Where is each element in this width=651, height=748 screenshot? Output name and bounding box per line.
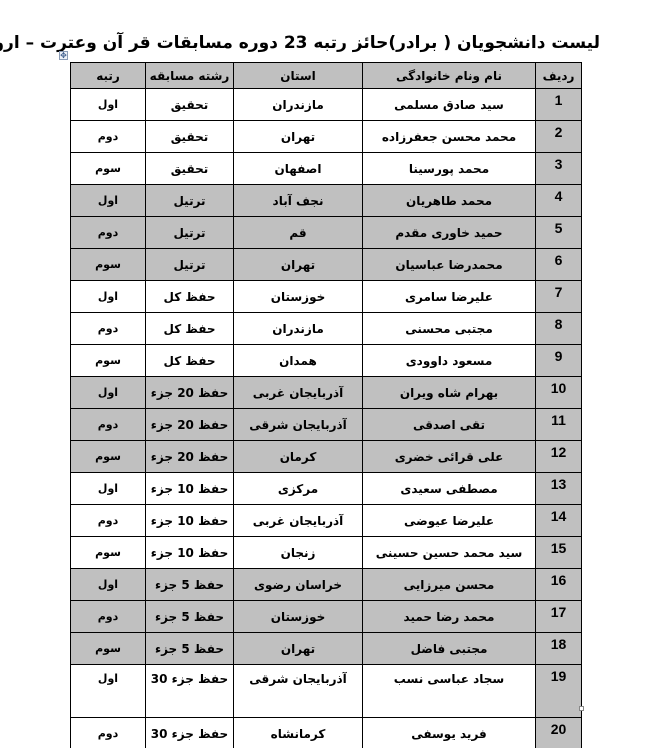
cell-full-name: مجتبی محسنی bbox=[363, 313, 536, 345]
cell-province: خراسان رضوی bbox=[234, 569, 363, 601]
cell-competition-field: حفظ 5 جزء bbox=[146, 633, 234, 665]
cell-row-number: 3 bbox=[536, 153, 582, 185]
table-row: 6محمدرضا عباسیانتهرانترتیلسوم bbox=[71, 249, 582, 281]
cell-province: تهران bbox=[234, 633, 363, 665]
header-rank: رتبه bbox=[71, 63, 146, 89]
cell-row-number: 1 bbox=[536, 89, 582, 121]
cell-province: آذربایجان شرقی bbox=[234, 665, 363, 718]
cell-competition-field: ترتیل bbox=[146, 217, 234, 249]
cell-competition-field: حفظ 5 جزء bbox=[146, 569, 234, 601]
cell-row-number: 16 bbox=[536, 569, 582, 601]
cell-full-name: محسن میرزایی bbox=[363, 569, 536, 601]
cell-rank: دوم bbox=[71, 121, 146, 153]
cell-full-name: محمد رضا حمید bbox=[363, 601, 536, 633]
table-row: 4محمد طاهریاننجف آبادترتیلاول bbox=[71, 185, 582, 217]
cell-full-name: محمدرضا عباسیان bbox=[363, 249, 536, 281]
table-row: 20فرید یوسفیکرمانشاهحفظ جزء 30دوم bbox=[71, 718, 582, 748]
cell-row-number: 11 bbox=[536, 409, 582, 441]
cell-competition-field: حفظ کل bbox=[146, 345, 234, 377]
cell-competition-field: حفظ جزء 30 bbox=[146, 718, 234, 748]
table-row: 8مجتبی محسنیمازندرانحفظ کلدوم bbox=[71, 313, 582, 345]
cell-competition-field: حفظ 10 جزء bbox=[146, 505, 234, 537]
cell-province: آذربایجان غربی bbox=[234, 377, 363, 409]
table-row: 18مجتبی فاضلتهرانحفظ 5 جزءسوم bbox=[71, 633, 582, 665]
cell-full-name: علی قرائی خضری bbox=[363, 441, 536, 473]
cell-rank: اول bbox=[71, 281, 146, 313]
cell-province: اصفهان bbox=[234, 153, 363, 185]
cell-row-number: 20 bbox=[536, 718, 582, 748]
cell-row-number: 4 bbox=[536, 185, 582, 217]
cell-rank: دوم bbox=[71, 505, 146, 537]
cell-competition-field: حفظ 10 جزء bbox=[146, 473, 234, 505]
table-row: 2محمد محسن جعفرزادهتهرانتحقیقدوم bbox=[71, 121, 582, 153]
cell-rank: اول bbox=[71, 89, 146, 121]
cell-row-number: 9 bbox=[536, 345, 582, 377]
cell-province: مرکزی bbox=[234, 473, 363, 505]
cell-rank: سوم bbox=[71, 537, 146, 569]
cell-province: تهران bbox=[234, 121, 363, 153]
cell-rank: دوم bbox=[71, 601, 146, 633]
table-resize-handle[interactable] bbox=[579, 706, 584, 711]
cell-rank: اول bbox=[71, 185, 146, 217]
cell-row-number: 12 bbox=[536, 441, 582, 473]
cell-full-name: سجاد عباسی نسب bbox=[363, 665, 536, 718]
cell-full-name: تقی اصدقی bbox=[363, 409, 536, 441]
cell-rank: دوم bbox=[71, 718, 146, 748]
cell-full-name: مجتبی فاضل bbox=[363, 633, 536, 665]
header-competition-field: رشته مسابقه bbox=[146, 63, 234, 89]
table-row: 17محمد رضا حمیدخوزستانحفظ 5 جزءدوم bbox=[71, 601, 582, 633]
cell-competition-field: حفظ 20 جزء bbox=[146, 409, 234, 441]
table-row: 5حمید خاوری مقدمقمترتیلدوم bbox=[71, 217, 582, 249]
cell-rank: اول bbox=[71, 569, 146, 601]
table-header-row: ردیف نام ونام خانوادگی استان رشته مسابقه… bbox=[71, 63, 582, 89]
cell-row-number: 19 bbox=[536, 665, 582, 718]
header-province: استان bbox=[234, 63, 363, 89]
cell-province: همدان bbox=[234, 345, 363, 377]
header-full-name: نام ونام خانوادگی bbox=[363, 63, 536, 89]
cell-competition-field: حفظ کل bbox=[146, 313, 234, 345]
cell-full-name: سید صادق مسلمی bbox=[363, 89, 536, 121]
winners-table: ردیف نام ونام خانوادگی استان رشته مسابقه… bbox=[70, 62, 582, 748]
cell-rank: سوم bbox=[71, 345, 146, 377]
cell-rank: اول bbox=[71, 665, 146, 718]
cell-row-number: 18 bbox=[536, 633, 582, 665]
cell-row-number: 13 bbox=[536, 473, 582, 505]
document-title: لیست دانشجویان ( برادر)حائز رتبه 23 دوره… bbox=[40, 28, 600, 58]
cell-rank: اول bbox=[71, 377, 146, 409]
cell-province: زنجان bbox=[234, 537, 363, 569]
cell-full-name: علیرضا عیوضی bbox=[363, 505, 536, 537]
cell-row-number: 14 bbox=[536, 505, 582, 537]
cell-rank: سوم bbox=[71, 153, 146, 185]
cell-full-name: حمید خاوری مقدم bbox=[363, 217, 536, 249]
cell-province: مازندران bbox=[234, 89, 363, 121]
cell-competition-field: تحقیق bbox=[146, 89, 234, 121]
header-row-number: ردیف bbox=[536, 63, 582, 89]
cell-competition-field: حفظ کل bbox=[146, 281, 234, 313]
cell-row-number: 15 bbox=[536, 537, 582, 569]
table-row: 12علی قرائی خضریکرمانحفظ 20 جزءسوم bbox=[71, 441, 582, 473]
cell-competition-field: حفظ 10 جزء bbox=[146, 537, 234, 569]
cell-row-number: 7 bbox=[536, 281, 582, 313]
cell-full-name: محمد محسن جعفرزاده bbox=[363, 121, 536, 153]
cell-full-name: مسعود داوودی bbox=[363, 345, 536, 377]
cell-province: کرمان bbox=[234, 441, 363, 473]
cell-province: تهران bbox=[234, 249, 363, 281]
cell-province: قم bbox=[234, 217, 363, 249]
cell-province: خوزستان bbox=[234, 601, 363, 633]
cell-rank: سوم bbox=[71, 441, 146, 473]
table-move-handle-icon[interactable]: ✥ bbox=[59, 51, 68, 60]
cell-full-name: فرید یوسفی bbox=[363, 718, 536, 748]
table-row: 14علیرضا عیوضیآذربایجان غربیحفظ 10 جزءدو… bbox=[71, 505, 582, 537]
cell-full-name: محمد پورسینا bbox=[363, 153, 536, 185]
table-row: 3محمد پورسینااصفهانتحقیقسوم bbox=[71, 153, 582, 185]
cell-rank: دوم bbox=[71, 313, 146, 345]
cell-full-name: سید محمد حسین حسینی bbox=[363, 537, 536, 569]
cell-full-name: مصطفی سعیدی bbox=[363, 473, 536, 505]
cell-province: خوزستان bbox=[234, 281, 363, 313]
table-row: 1سید صادق مسلمیمازندرانتحقیقاول bbox=[71, 89, 582, 121]
cell-competition-field: حفظ 5 جزء bbox=[146, 601, 234, 633]
cell-rank: سوم bbox=[71, 633, 146, 665]
cell-competition-field: ترتیل bbox=[146, 249, 234, 281]
cell-full-name: محمد طاهریان bbox=[363, 185, 536, 217]
table-row: 19سجاد عباسی نسبآذربایجان شرقیحفظ جزء 30… bbox=[71, 665, 582, 718]
cell-row-number: 5 bbox=[536, 217, 582, 249]
table-row: 15سید محمد حسین حسینیزنجانحفظ 10 جزءسوم bbox=[71, 537, 582, 569]
cell-rank: دوم bbox=[71, 409, 146, 441]
cell-province: نجف آباد bbox=[234, 185, 363, 217]
cell-province: آذربایجان غربی bbox=[234, 505, 363, 537]
cell-full-name: علیرضا سامری bbox=[363, 281, 536, 313]
cell-row-number: 2 bbox=[536, 121, 582, 153]
table-row: 13مصطفی سعیدیمرکزیحفظ 10 جزءاول bbox=[71, 473, 582, 505]
cell-province: آذربایجان شرقی bbox=[234, 409, 363, 441]
table-row: 9مسعود داوودیهمدانحفظ کلسوم bbox=[71, 345, 582, 377]
cell-province: کرمانشاه bbox=[234, 718, 363, 748]
cell-row-number: 6 bbox=[536, 249, 582, 281]
cell-competition-field: تحقیق bbox=[146, 121, 234, 153]
cell-row-number: 17 bbox=[536, 601, 582, 633]
table-row: 11تقی اصدقیآذربایجان شرقیحفظ 20 جزءدوم bbox=[71, 409, 582, 441]
cell-province: مازندران bbox=[234, 313, 363, 345]
table-row: 16محسن میرزاییخراسان رضویحفظ 5 جزءاول bbox=[71, 569, 582, 601]
cell-rank: دوم bbox=[71, 217, 146, 249]
cell-competition-field: حفظ 20 جزء bbox=[146, 377, 234, 409]
cell-competition-field: حفظ جزء 30 bbox=[146, 665, 234, 718]
table-row: 7علیرضا سامریخوزستانحفظ کلاول bbox=[71, 281, 582, 313]
cell-rank: سوم bbox=[71, 249, 146, 281]
cell-row-number: 10 bbox=[536, 377, 582, 409]
cell-competition-field: حفظ 20 جزء bbox=[146, 441, 234, 473]
table-row: 10بهرام شاه ویرانآذربایجان غربیحفظ 20 جز… bbox=[71, 377, 582, 409]
cell-competition-field: ترتیل bbox=[146, 185, 234, 217]
cell-row-number: 8 bbox=[536, 313, 582, 345]
cell-rank: اول bbox=[71, 473, 146, 505]
cell-full-name: بهرام شاه ویران bbox=[363, 377, 536, 409]
cell-competition-field: تحقیق bbox=[146, 153, 234, 185]
